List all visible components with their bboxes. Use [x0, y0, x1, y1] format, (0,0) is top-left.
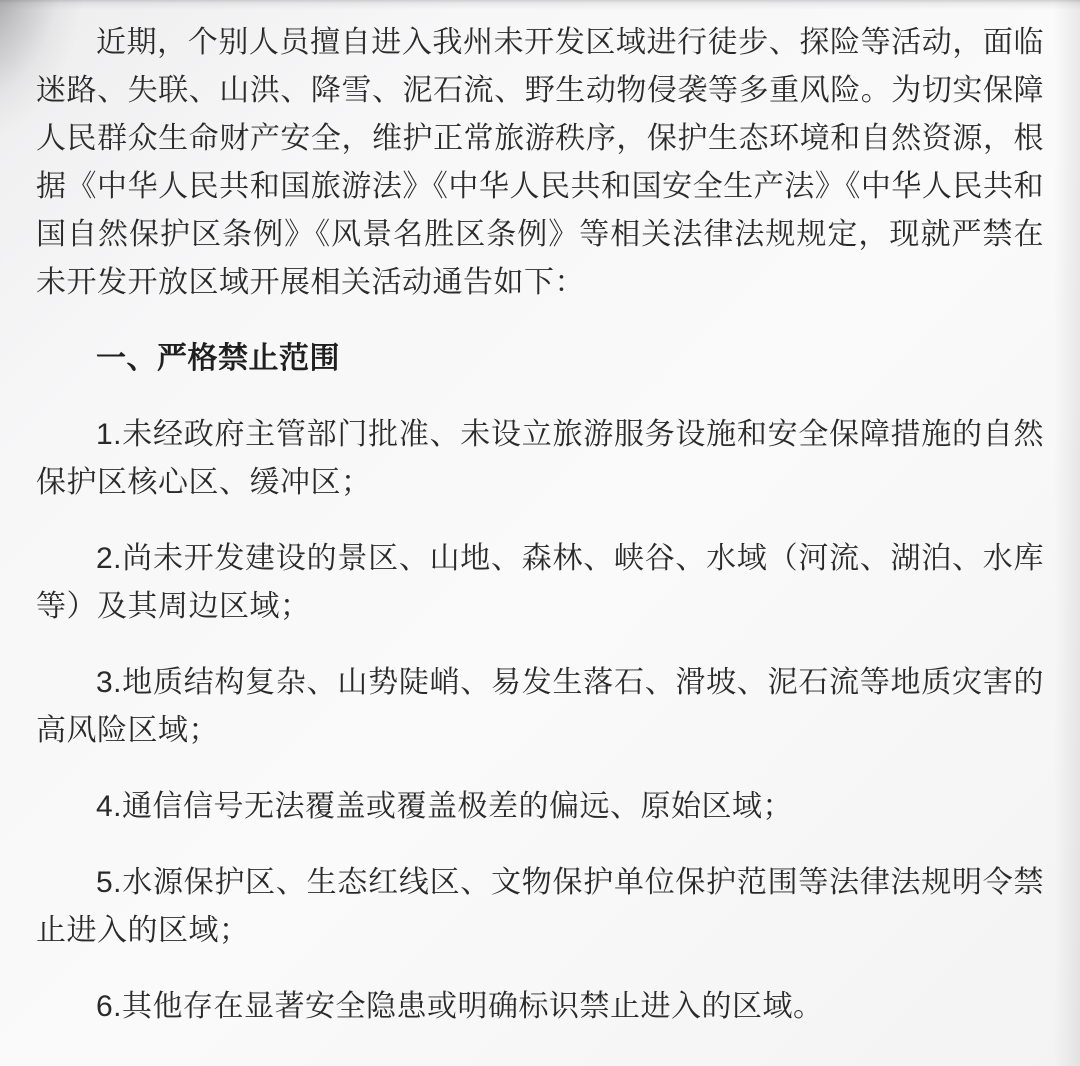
prohibited-item-6: 6.其他存在显著安全隐患或明确标识禁止进入的区域。 [36, 983, 1044, 1031]
document-page: { "page": { "background_color": "#f4f4f5… [0, 0, 1080, 1066]
notice-document: 近期，个别人员擅自进入我州未开发区域进行徒步、探险等活动，面临迷路、失联、山洪、… [0, 0, 1080, 1031]
prohibited-item-1: 1.未经政府主管部门批准、未设立旅游服务设施和安全保障措施的自然保护区核心区、缓… [36, 411, 1044, 507]
section-heading: 一、严格禁止范围 [36, 335, 1044, 383]
prohibited-item-3: 3.地质结构复杂、山势陡峭、易发生落石、滑坡、泥石流等地质灾害的高风险区域； [36, 659, 1044, 755]
intro-paragraph: 近期，个别人员擅自进入我州未开发区域进行徒步、探险等活动，面临迷路、失联、山洪、… [36, 19, 1044, 307]
prohibited-item-5: 5.水源保护区、生态红线区、文物保护单位保护范围等法律法规明令禁止进入的区域； [36, 859, 1044, 955]
prohibited-item-2: 2.尚未开发建设的景区、山地、森林、峡谷、水域（河流、湖泊、水库等）及其周边区域… [36, 535, 1044, 631]
prohibited-item-4: 4.通信信号无法覆盖或覆盖极差的偏远、原始区域； [36, 783, 1044, 831]
